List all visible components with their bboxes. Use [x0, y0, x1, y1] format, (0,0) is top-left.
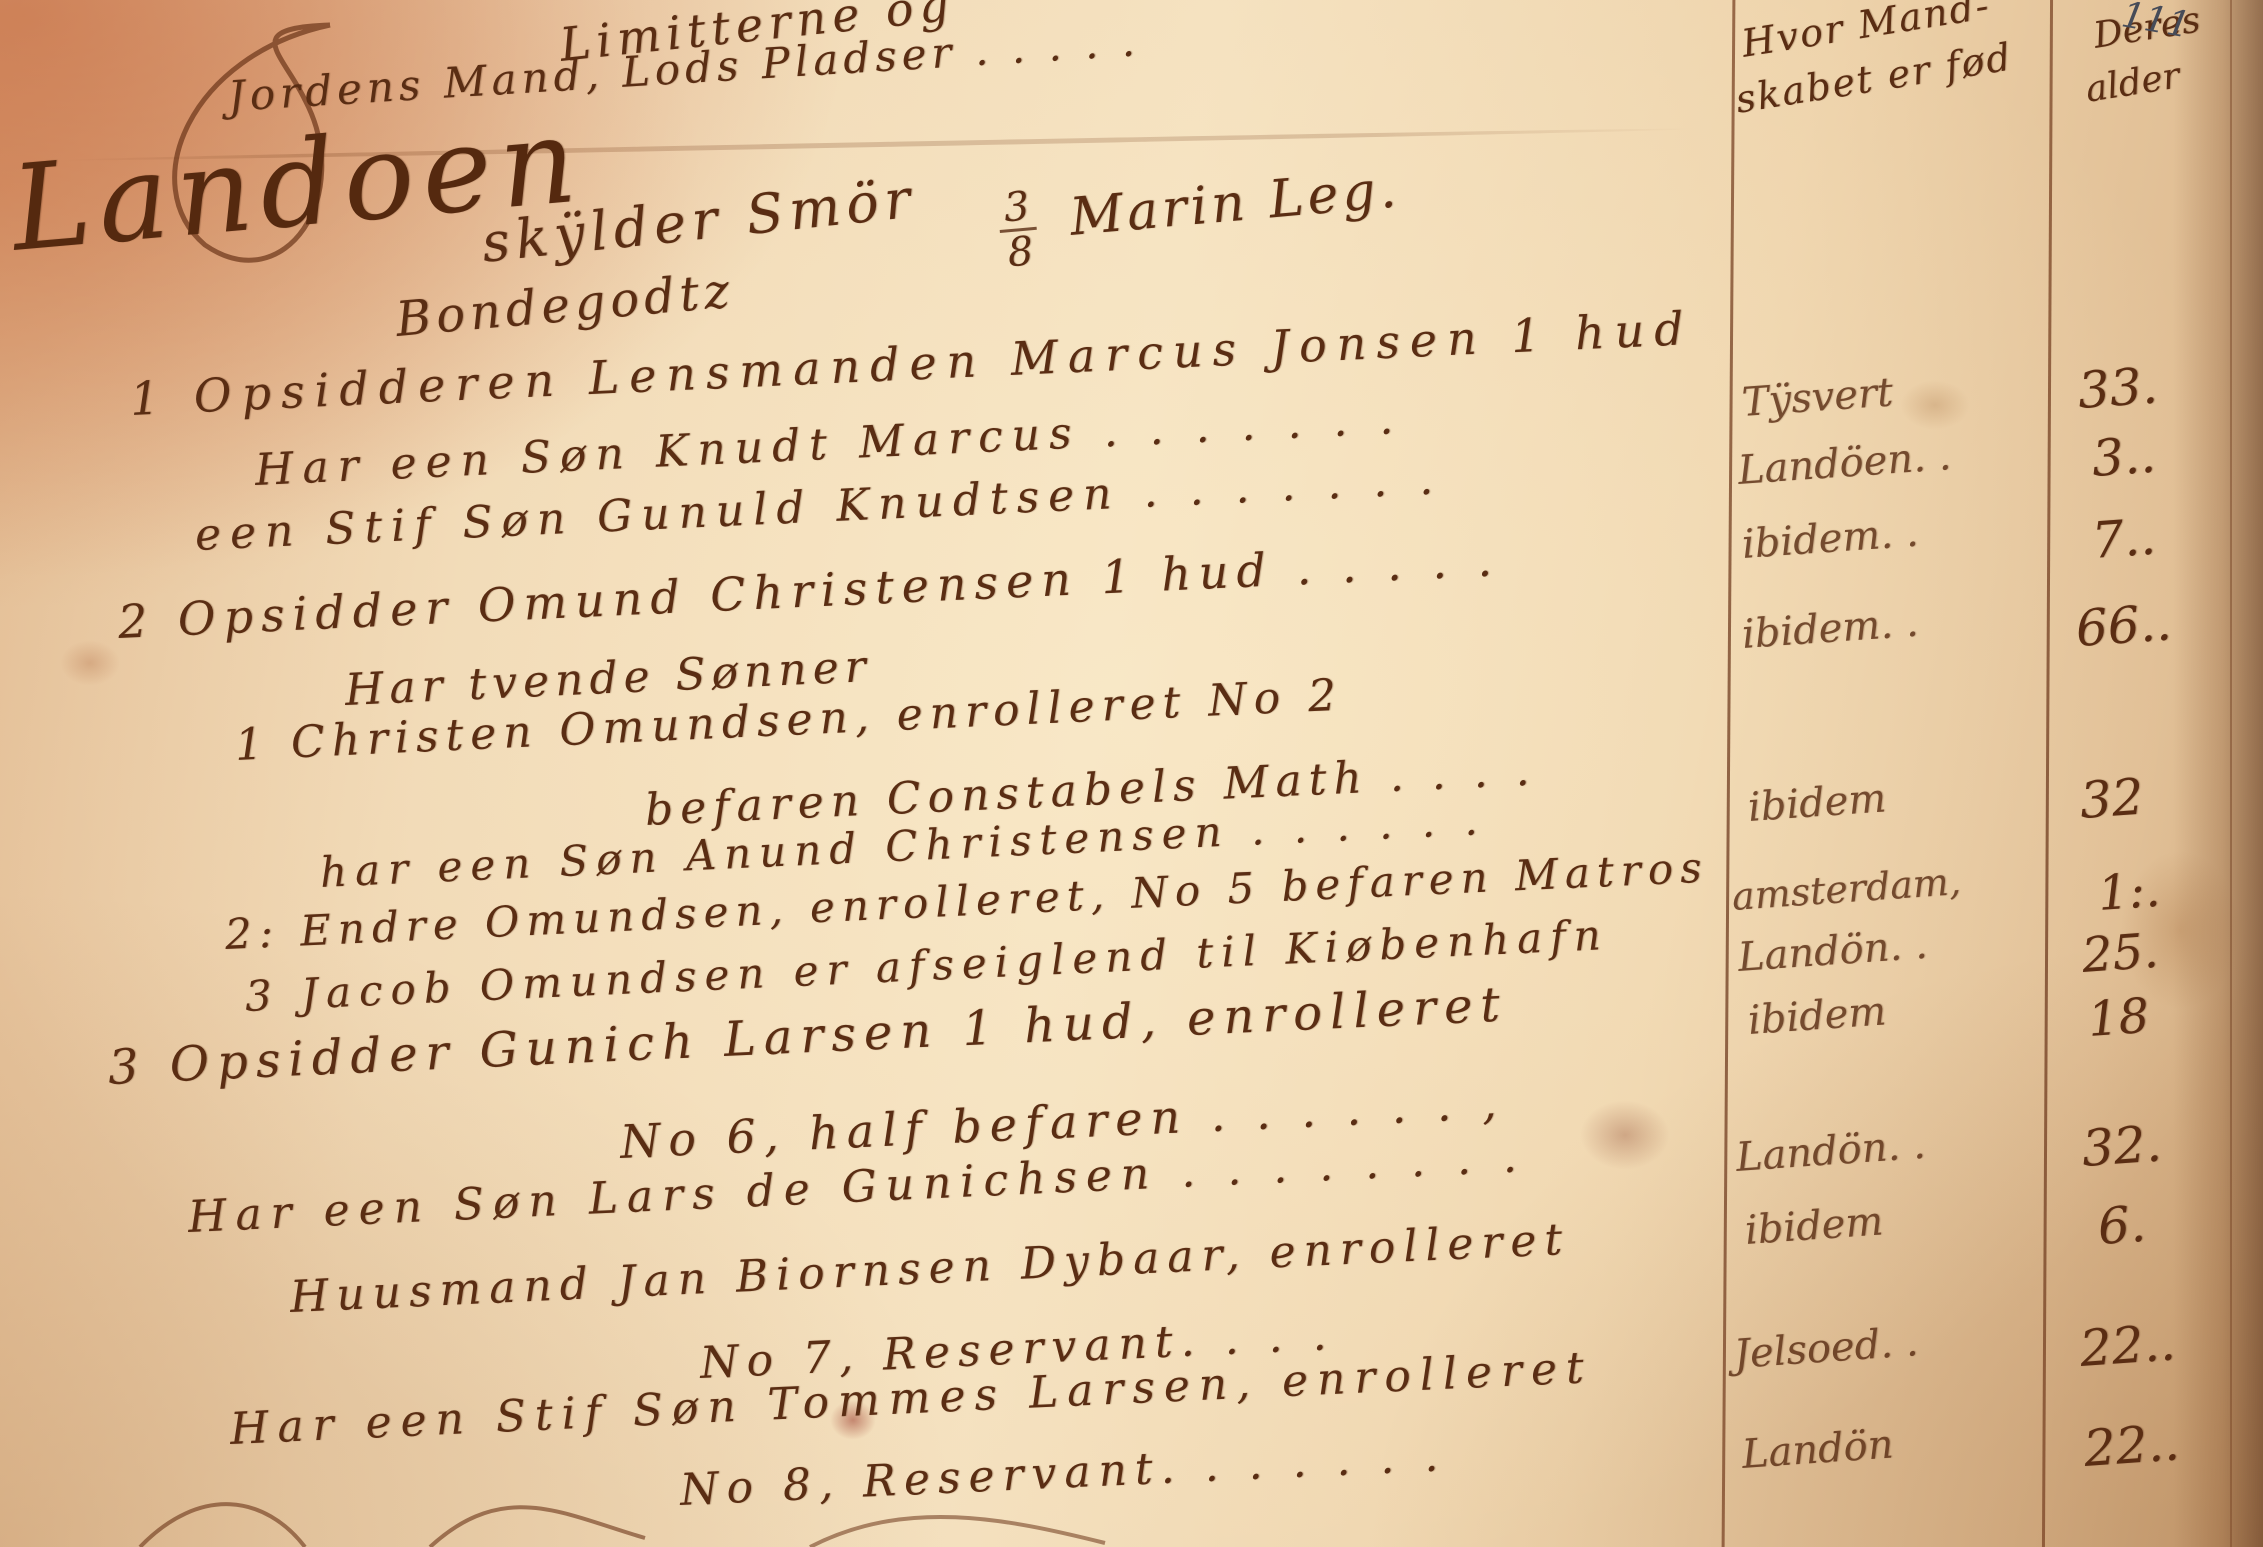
- entry-age: 25.: [2080, 923, 2160, 984]
- column-header-age-line2: alder: [2083, 55, 2183, 110]
- farm-skyld-fraction: 38: [996, 187, 1041, 277]
- entry-place: ibidem: [1746, 988, 1887, 1044]
- entry-place: Landön: [1740, 1421, 1894, 1477]
- fraction-numerator: 3: [996, 187, 1037, 233]
- page-edge-shadow: [2173, 0, 2263, 1547]
- stain: [1900, 380, 1970, 430]
- entry-age: 32: [2078, 768, 2146, 830]
- entry-place: Jelsoed. .: [1732, 1319, 1919, 1378]
- column-rule-right: [2042, 0, 2053, 1547]
- entry-age: 22..: [2078, 1313, 2177, 1378]
- entry-text: 1 Opsidderen Lensmanden Marcus Jonsen 1 …: [129, 301, 1695, 426]
- manuscript-page-scan: Limitterne og Jordens Mand, Lods Pladser…: [0, 0, 2263, 1547]
- stain: [1580, 1100, 1670, 1170]
- entry-age: 18: [2086, 988, 2151, 1048]
- fraction-denominator: 8: [1000, 230, 1041, 273]
- entry-age: 1:.: [2096, 862, 2162, 922]
- farm-tenure: Bondegodtz: [394, 263, 737, 348]
- column-rule-left: [1722, 0, 1736, 1547]
- entry-place: ibidem: [1746, 775, 1887, 831]
- entry-place: Landön. .: [1734, 1122, 1927, 1181]
- entry-age: 7..: [2090, 508, 2158, 570]
- entry-age: 33.: [2076, 357, 2159, 420]
- entry-place: Landöen. .: [1736, 433, 1952, 494]
- entry-age: 3..: [2090, 426, 2158, 488]
- entry-text2: No 8, Reservant. . . . . . .: [679, 1430, 1447, 1516]
- entry-place: amsterdam,: [1730, 859, 1962, 919]
- entry-age: 22..: [2082, 1413, 2181, 1478]
- entry-place: ibidem. .: [1740, 510, 1919, 568]
- stain: [60, 640, 120, 686]
- entry-place: Landön. .: [1736, 922, 1929, 981]
- entry-age: 32.: [2080, 1115, 2163, 1178]
- entry-age: 6.: [2096, 1195, 2148, 1256]
- entry-place: ibidem. .: [1740, 600, 1919, 658]
- farm-skyld-suffix: Marin Leg.: [1067, 159, 1402, 248]
- entry-age: 66..: [2074, 593, 2173, 658]
- entry-text: Huusmand Jan Biornsen Dybaar, enrolleret: [289, 1214, 1571, 1323]
- entry-place: Tÿsvert: [1740, 370, 1894, 426]
- entry-place: ibidem: [1743, 1198, 1884, 1254]
